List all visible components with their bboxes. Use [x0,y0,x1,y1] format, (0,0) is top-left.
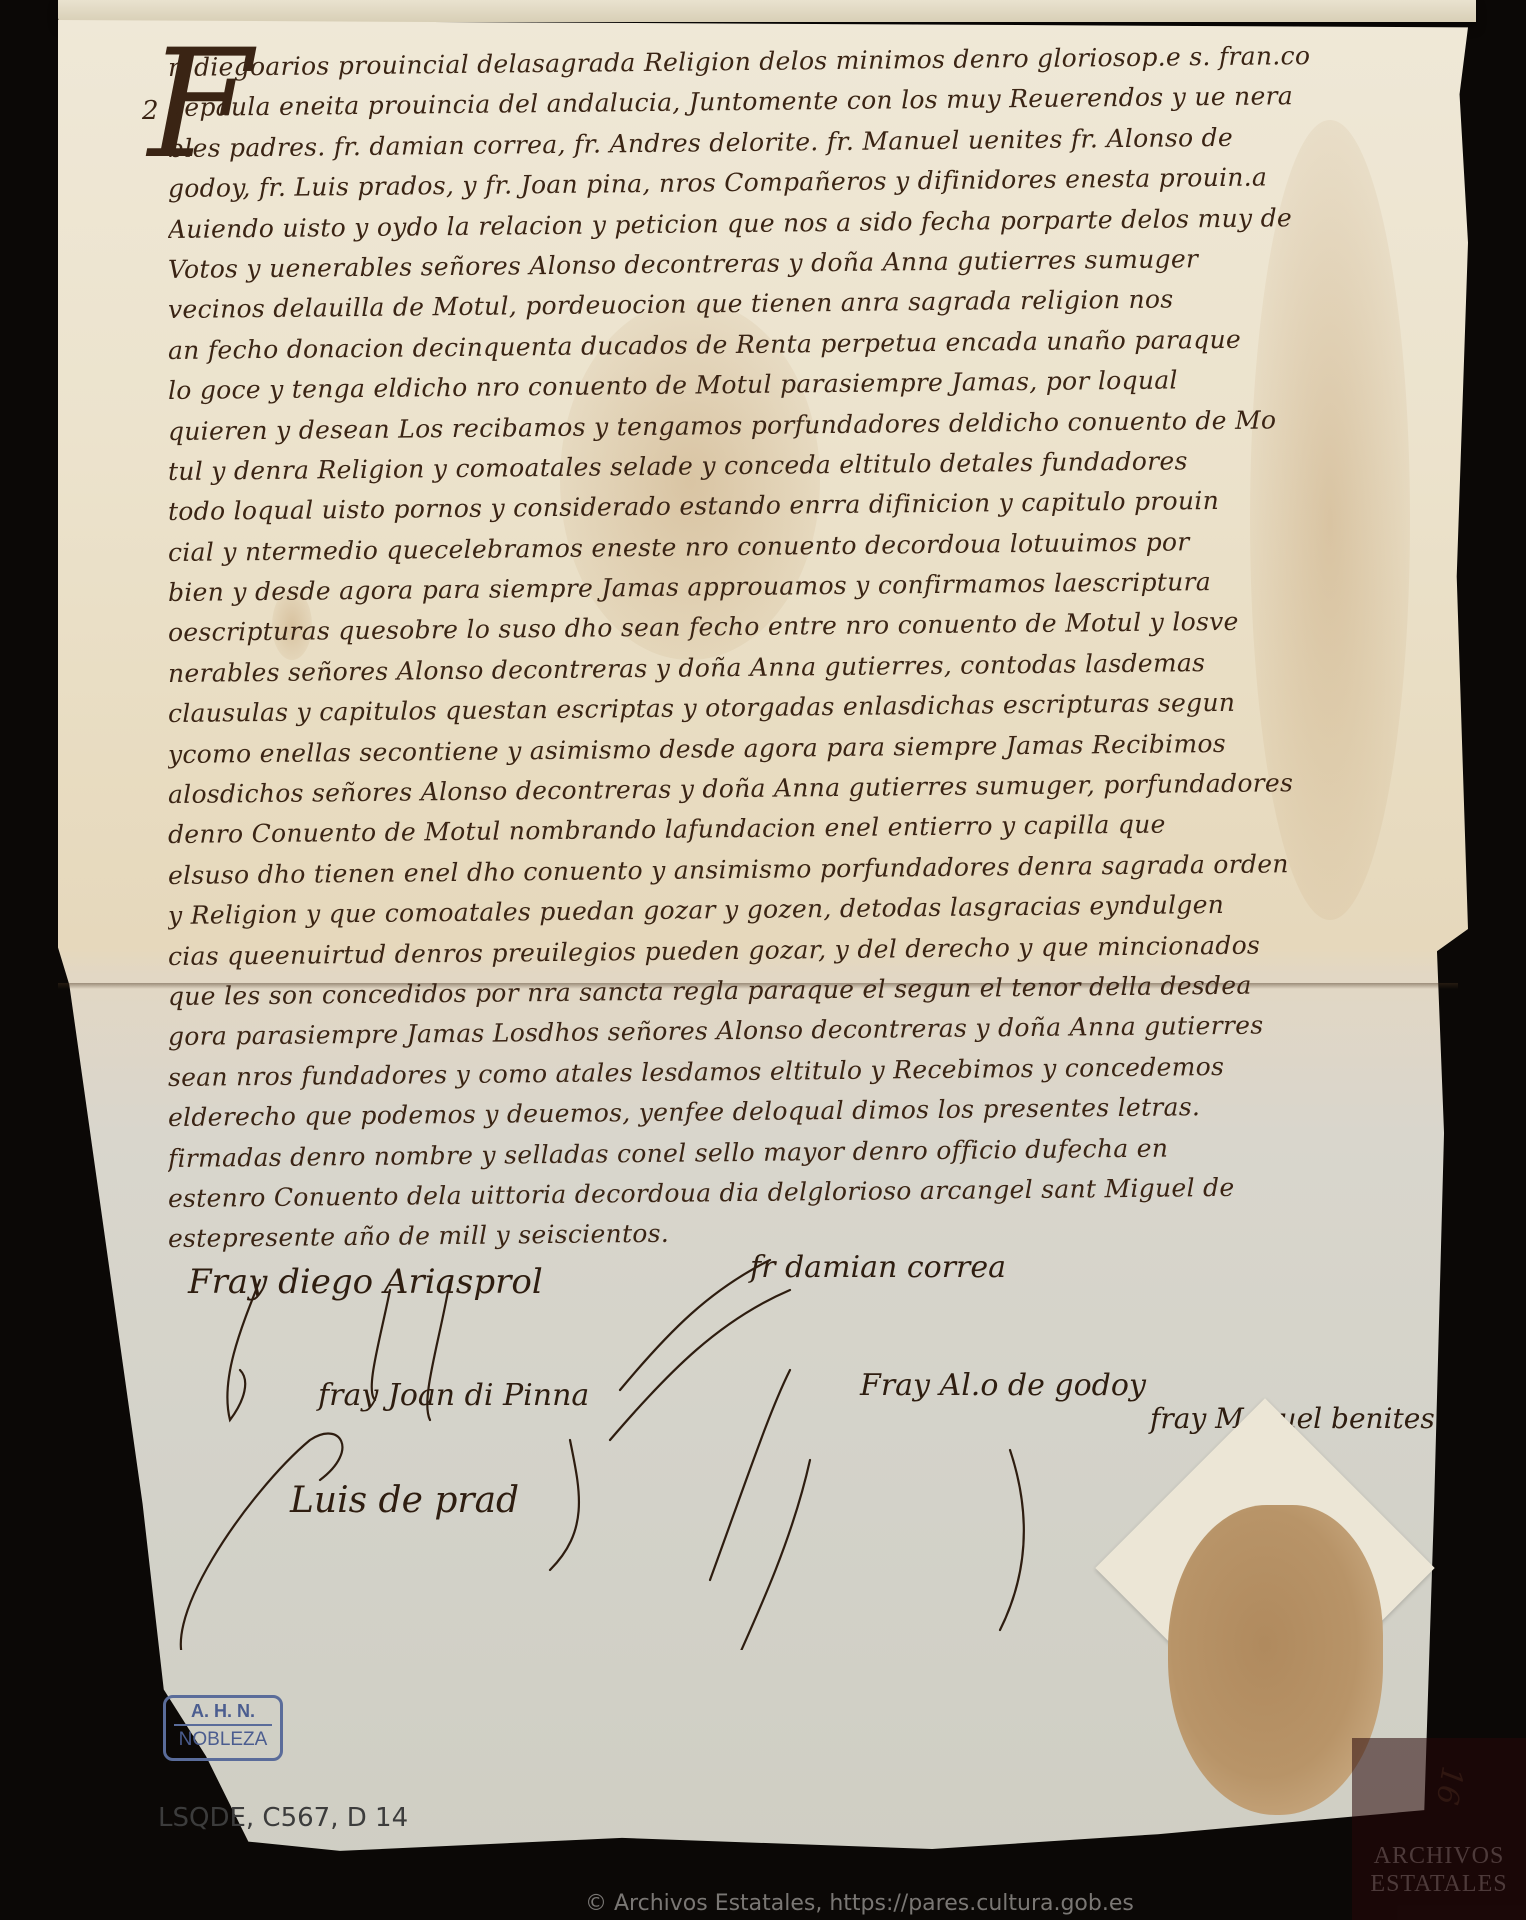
ahn-nobleza-stamp: A. H. N. NOBLEZA [163,1695,283,1761]
wax-seal [1168,1505,1383,1815]
document-viewer: F 2 r. diegoarios prouincial delasagrada… [0,0,1526,1920]
folded-top-leaf [58,0,1476,22]
watermark-line-1: ARCHIVOS [1352,1842,1526,1870]
stamp-line-1: A. H. N. [174,1698,272,1726]
manuscript-body: r. diegoarios prouincial delasagrada Rel… [168,48,1368,1260]
archivos-estatales-watermark: ARCHIVOS ESTATALES [1352,1738,1526,1920]
watermark-line-2: ESTATALES [1352,1870,1526,1898]
signature-flourishes [150,1250,1250,1650]
archival-reference-note: LSQDE, C567, D 14 [158,1803,408,1833]
copyright-notice: © Archivos Estatales, https://pares.cult… [585,1891,1134,1916]
stamp-line-2: NOBLEZA [166,1726,280,1754]
line-marker: 2 [142,96,159,126]
